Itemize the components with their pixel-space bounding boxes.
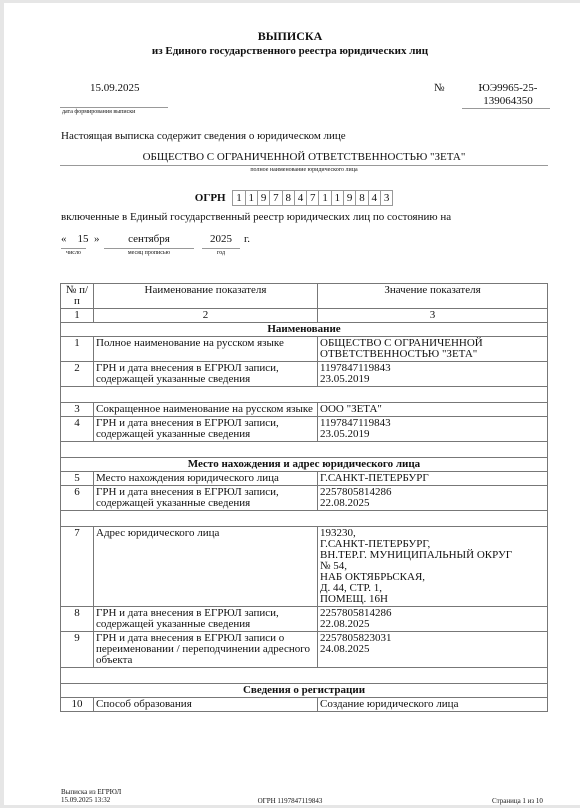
row-number: 3 [61, 403, 94, 417]
row-indicator-value: Г.САНКТ-ПЕТЕРБУРГ [318, 472, 548, 486]
spacer-row [61, 442, 548, 458]
spacer-cell [61, 668, 548, 684]
row-number: 6 [61, 486, 94, 511]
intro-text: Настоящая выписка содержит сведения о юр… [61, 130, 346, 142]
ogrn-digit: 7 [306, 191, 318, 205]
section-row: Наименование [61, 323, 548, 337]
document-title: ВЫПИСКА [4, 29, 576, 44]
table-row: 10Способ образованияСоздание юридическог… [61, 698, 548, 712]
date-underline [60, 107, 168, 108]
org-underline [60, 165, 548, 166]
header-value: Значение показателя [318, 284, 548, 309]
month-caption: месяц прописью [104, 250, 194, 256]
year-underline [202, 248, 240, 249]
row-number: 9 [61, 632, 94, 668]
footer-doc-name: Выписка из ЕГРЮЛ [61, 788, 121, 796]
row-indicator-value: 193230, Г.САНКТ-ПЕТЕРБУРГ, ВН.ТЕР.Г. МУН… [318, 527, 548, 607]
header-name: Наименование показателя [94, 284, 318, 309]
day-underline [61, 248, 86, 249]
day-caption: число [61, 250, 86, 256]
state-day: 15 [72, 233, 94, 245]
row-indicator-name: Способ образования [94, 698, 318, 712]
col-number-2: 2 [94, 309, 318, 323]
row-indicator-value: 2257805823031 24.08.2025 [318, 632, 548, 668]
ogrn-digit: 7 [269, 191, 281, 205]
row-indicator-value: ООО "ЗЕТА" [318, 403, 548, 417]
ogrn-label: ОГРН [195, 192, 226, 204]
row-indicator-name: Полное наименование на русском языке [94, 337, 318, 362]
row-indicator-name: ГРН и дата внесения в ЕГРЮЛ записи, соде… [94, 486, 318, 511]
month-underline [104, 248, 194, 249]
spacer-cell [61, 511, 548, 527]
date-caption: дата формирования выписки [62, 109, 135, 115]
spacer-row [61, 668, 548, 684]
ogrn-block: ОГРН 1197847119843 [4, 190, 580, 206]
footer-page-number: Страница 1 из 10 [492, 797, 543, 805]
org-full-name: ОБЩЕСТВО С ОГРАНИЧЕННОЙ ОТВЕТСТВЕННОСТЬЮ… [60, 151, 548, 163]
ogrn-digit: 3 [380, 191, 392, 205]
row-number: 4 [61, 417, 94, 442]
row-indicator-name: ГРН и дата внесения в ЕГРЮЛ записи, соде… [94, 417, 318, 442]
ogrn-digit: 1 [245, 191, 257, 205]
section-row: Место нахождения и адрес юридического ли… [61, 458, 548, 472]
row-number: 5 [61, 472, 94, 486]
row-indicator-name: Сокращенное наименование на русском язык… [94, 403, 318, 417]
row-indicator-name: ГРН и дата внесения в ЕГРЮЛ записи, соде… [94, 607, 318, 632]
table-row: 3Сокращенное наименование на русском язы… [61, 403, 548, 417]
section-row: Сведения о регистрации [61, 684, 548, 698]
ogrn-digit: 8 [355, 191, 367, 205]
state-month: сентября [104, 233, 194, 245]
row-indicator-value: 1197847119843 23.05.2019 [318, 362, 548, 387]
table-row: 4ГРН и дата внесения в ЕГРЮЛ записи, сод… [61, 417, 548, 442]
year-caption: год [202, 250, 240, 256]
row-number: 1 [61, 337, 94, 362]
ogrn-digit-boxes: 1197847119843 [232, 190, 393, 206]
table-row: 6ГРН и дата внесения в ЕГРЮЛ записи, сод… [61, 486, 548, 511]
ogrn-digit: 4 [294, 191, 306, 205]
table-row: 9ГРН и дата внесения в ЕГРЮЛ записи о пе… [61, 632, 548, 668]
year-suffix: г. [244, 233, 250, 245]
ogrn-digit: 1 [331, 191, 343, 205]
row-indicator-value: ОБЩЕСТВО С ОГРАНИЧЕННОЙ ОТВЕТСТВЕННОСТЬЮ… [318, 337, 548, 362]
row-indicator-value: 2257805814286 22.08.2025 [318, 486, 548, 511]
col-number-1: 1 [61, 309, 94, 323]
row-indicator-name: ГРН и дата внесения в ЕГРЮЛ записи о пер… [94, 632, 318, 668]
ogrn-digit: 1 [233, 191, 244, 205]
spacer-cell [61, 442, 548, 458]
ogrn-digit: 8 [282, 191, 294, 205]
org-caption: полное наименование юридического лица [60, 167, 548, 173]
table-row: 8ГРН и дата внесения в ЕГРЮЛ записи, сод… [61, 607, 548, 632]
document-page: ВЫПИСКА из Единого государственного реес… [4, 3, 580, 805]
extract-date: 15.09.2025 [90, 82, 140, 94]
included-text: включенные в Единый государственный реес… [61, 211, 451, 223]
table-row: 2ГРН и дата внесения в ЕГРЮЛ записи, сод… [61, 362, 548, 387]
row-indicator-name: Место нахождения юридического лица [94, 472, 318, 486]
row-indicator-value: Создание юридического лица [318, 698, 548, 712]
spacer-cell [61, 387, 548, 403]
registry-table: № п/п Наименование показателя Значение п… [60, 283, 548, 712]
section-title: Место нахождения и адрес юридического ли… [61, 458, 548, 472]
row-indicator-value: 2257805814286 22.08.2025 [318, 607, 548, 632]
ogrn-digit: 1 [318, 191, 330, 205]
section-title: Сведения о регистрации [61, 684, 548, 698]
section-title: Наименование [61, 323, 548, 337]
ogrn-digit: 4 [368, 191, 380, 205]
state-year: 2025 [202, 233, 240, 245]
spacer-row [61, 387, 548, 403]
table-header-row: № п/п Наименование показателя Значение п… [61, 284, 548, 309]
col-number-3: 3 [318, 309, 548, 323]
row-number: 2 [61, 362, 94, 387]
table-row: 1Полное наименование на русском языкеОБЩ… [61, 337, 548, 362]
ogrn-digit: 9 [343, 191, 355, 205]
number-underline [462, 108, 550, 109]
row-number: 7 [61, 527, 94, 607]
document-subtitle: из Единого государственного реестра юрид… [4, 45, 576, 57]
row-number: 8 [61, 607, 94, 632]
row-indicator-value: 1197847119843 23.05.2019 [318, 417, 548, 442]
row-number: 10 [61, 698, 94, 712]
open-quote: « [61, 233, 67, 245]
footer-ogrn: ОГРН 1197847119843 [4, 797, 576, 805]
table-row: 7Адрес юридического лица193230, Г.САНКТ-… [61, 527, 548, 607]
number-sign: № [434, 82, 445, 94]
header-number: № п/п [61, 284, 94, 309]
table-row: 5Место нахождения юридического лицаГ.САН… [61, 472, 548, 486]
spacer-row [61, 511, 548, 527]
ogrn-digit: 9 [257, 191, 269, 205]
extract-number: ЮЭ9965-25- 139064350 [462, 82, 554, 108]
row-indicator-name: ГРН и дата внесения в ЕГРЮЛ записи, соде… [94, 362, 318, 387]
row-indicator-name: Адрес юридического лица [94, 527, 318, 607]
column-numbers-row: 1 2 3 [61, 309, 548, 323]
close-quote: » [94, 233, 100, 245]
